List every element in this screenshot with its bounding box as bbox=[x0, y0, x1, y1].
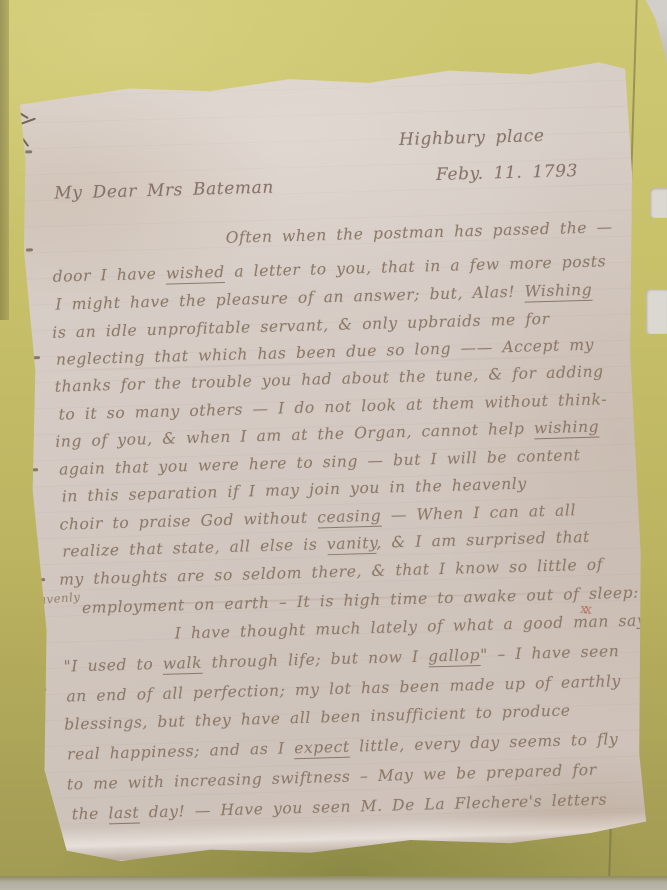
red-correction-mark: xx bbox=[580, 603, 590, 617]
letter-line-13: my thoughts are so seldom there, & that … bbox=[59, 558, 603, 589]
letter-line-8: ing of you, & when I am at the Organ, ca… bbox=[55, 420, 599, 451]
letter-line-10: in this separation if I may join you in … bbox=[62, 477, 527, 505]
photo-of-letter: Highbury place Feby. 11. 1793 My Dear Mr… bbox=[0, 0, 667, 890]
salutation: My Dear Mrs Bateman bbox=[54, 180, 274, 203]
letter-line-2: door I have wished a letter to you, that… bbox=[53, 254, 607, 285]
letter-line-4: is an idle unprofitable servant, & only … bbox=[52, 312, 550, 341]
folder-edge-notch bbox=[646, 289, 667, 334]
letter-line-7: to it so many others — I do not look at … bbox=[58, 392, 607, 423]
letter-line-17: an end of all perfection; my lot has bee… bbox=[66, 674, 621, 705]
letter-line-16: "I used to walk through life; but now I … bbox=[63, 644, 619, 675]
folder-edge-notch bbox=[650, 188, 667, 218]
folder-left-edge bbox=[0, 0, 9, 320]
letter-line-1: Often when the postman has passed the — bbox=[226, 220, 613, 246]
letter-line-19: real happiness; and as I expect little, … bbox=[67, 732, 619, 763]
stitch-mark bbox=[25, 150, 32, 153]
stitch-mark bbox=[26, 248, 33, 251]
letter-line-12: realize that state, all else is vanity, … bbox=[62, 530, 590, 560]
letter-line-11: choir to praise God without ceasing — Wh… bbox=[59, 503, 576, 533]
letter-place: Highbury place bbox=[399, 128, 545, 149]
letter-line-20: to me with increasing swiftness – May we… bbox=[67, 763, 597, 793]
letter-line-3: I might have the pleasure of an answer; … bbox=[55, 283, 592, 313]
letter-line-9: again that you were here to sing — but I… bbox=[59, 448, 581, 478]
letter-date: Feby. 11. 1793 bbox=[436, 163, 578, 184]
letter-sheet: Highbury place Feby. 11. 1793 My Dear Mr… bbox=[9, 53, 657, 870]
letter-line-14: employment on earth – It is high time to… bbox=[82, 586, 639, 617]
table-edge bbox=[0, 876, 667, 890]
letter-line-18: blessings, but they have all been insuff… bbox=[64, 703, 571, 733]
